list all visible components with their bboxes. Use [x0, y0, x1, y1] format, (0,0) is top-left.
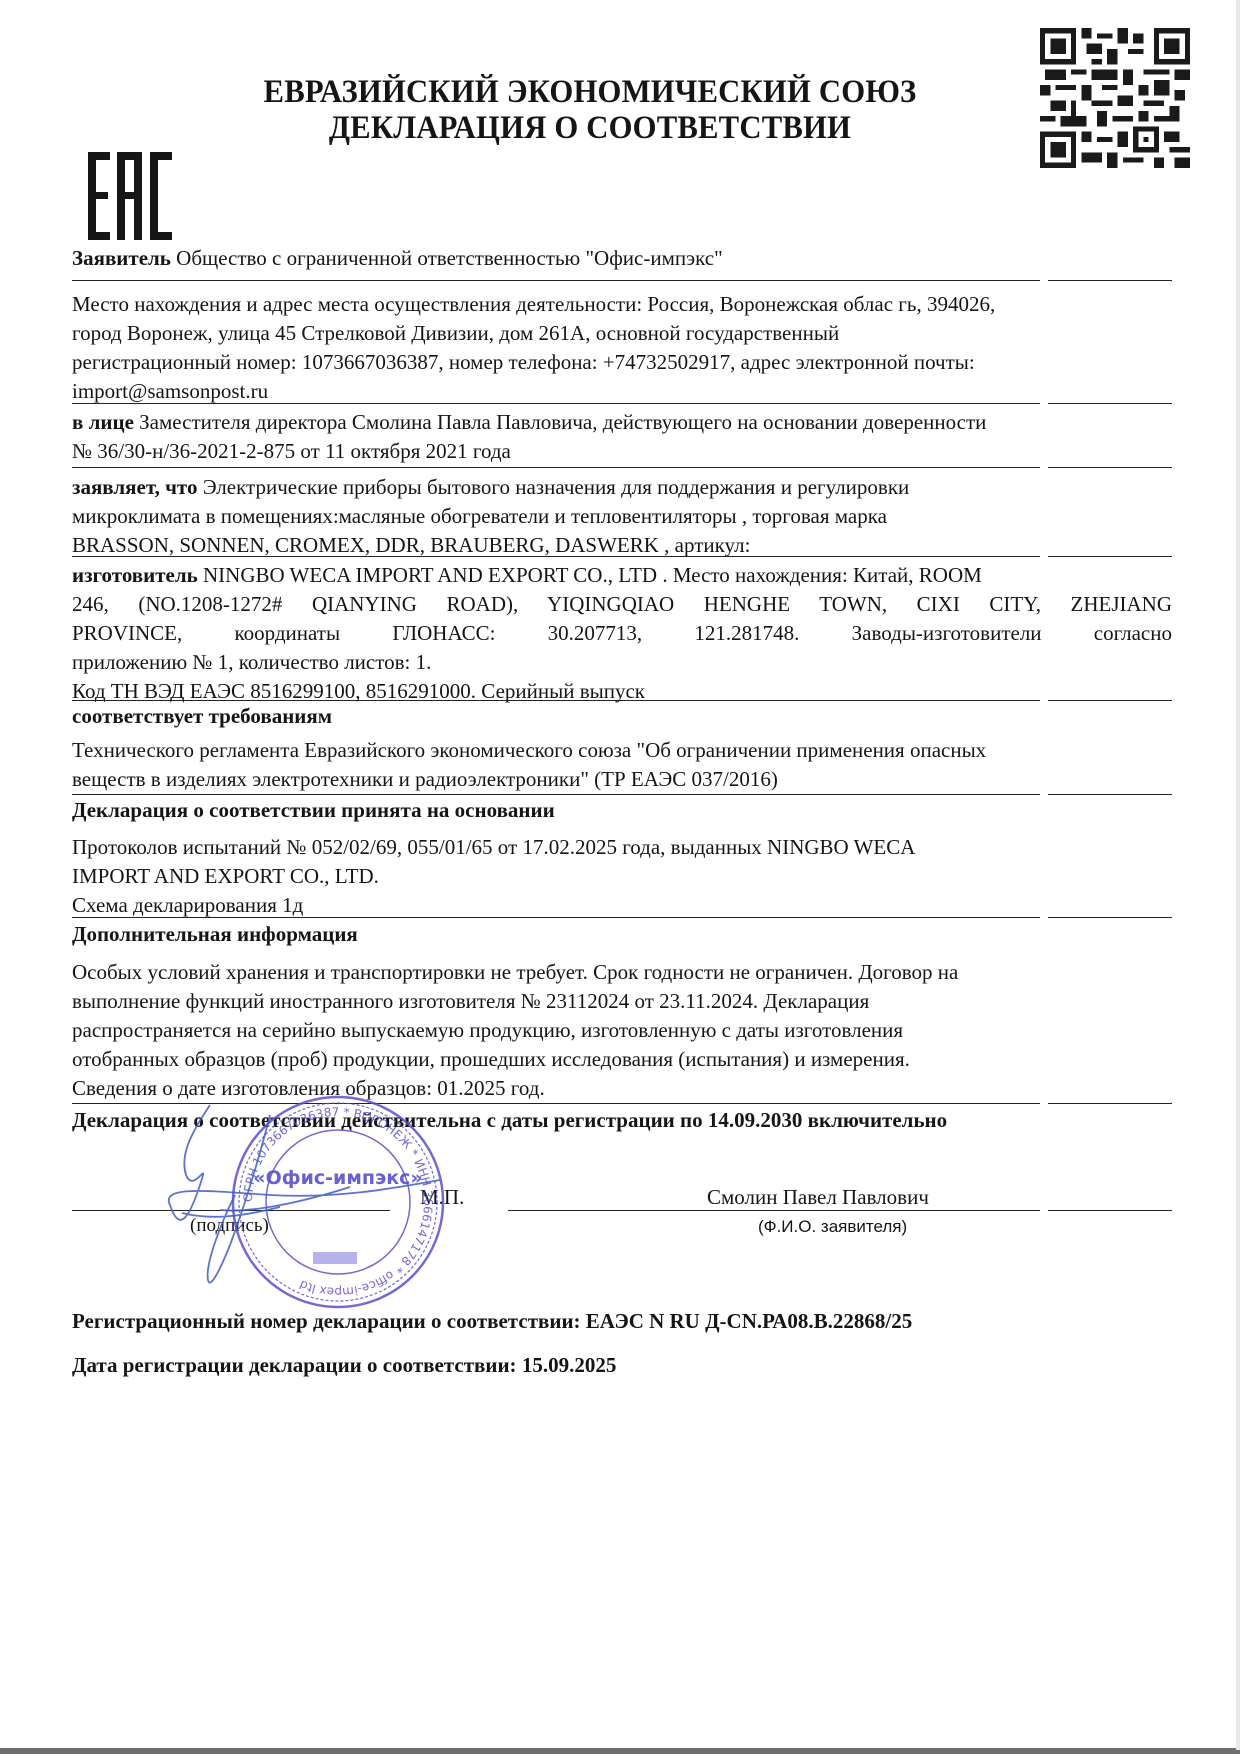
test-protocols: Протоколов испытаний № 052/02/69, 055/01… [72, 833, 1172, 862]
manufacturer-block: изготовитель NINGBO WECA IMPORT AND EXPO… [72, 561, 1172, 706]
regulation-text: веществ в изделиях электротехники и ради… [72, 765, 1172, 794]
divider [72, 403, 1040, 404]
divider [72, 280, 1040, 281]
regulation-text: Технического регламента Евразийского эко… [72, 736, 1172, 765]
representative-label: в лице [72, 410, 134, 434]
basis-heading: Декларация о соответствии принята на осн… [72, 796, 555, 824]
address-block: Место нахождения и адрес места осуществл… [72, 290, 1172, 406]
applicant-line: Заявитель Общество с ограниченной ответс… [72, 244, 1172, 273]
registration-date-line: Дата регистрации декларации о соответств… [72, 1351, 616, 1379]
handwritten-signature-icon [150, 1095, 510, 1295]
product-description: микроклимата в помещениях:масляные обогр… [72, 502, 1172, 531]
qr-code-icon [1040, 28, 1190, 168]
compliance-block: Технического регламента Евразийского эко… [72, 736, 1172, 794]
eac-logo-icon [88, 152, 172, 240]
manufacturer-address: 246, (NO.1208-1272# QIANYING ROAD), YIQI… [72, 590, 1172, 619]
declaration-page: ЕВРАЗИЙСКИЙ ЭКОНОМИЧЕСКИЙ СОЮЗ ДЕКЛАРАЦИ… [0, 0, 1240, 1754]
name-line [1048, 1210, 1172, 1211]
divider [72, 794, 1040, 795]
appendix-note: приложению № 1, количество листов: 1. [72, 648, 1172, 677]
divider [1048, 700, 1172, 701]
divider [1048, 917, 1172, 918]
manufacturer-label: изготовитель [72, 563, 198, 587]
union-title: ЕВРАЗИЙСКИЙ ЭКОНОМИЧЕСКИЙ СОЮЗ [227, 72, 952, 112]
divider [1048, 403, 1172, 404]
scan-edge [1236, 0, 1240, 1750]
address-line: Место нахождения и адрес места осуществл… [72, 290, 1172, 319]
applicant-name: Смолин Павел Павлович [707, 1183, 1007, 1212]
divider [1048, 280, 1172, 281]
additional-line: Особых условий хранения и транспортировк… [72, 958, 1172, 987]
additional-heading: Дополнительная информация [72, 920, 358, 948]
declaration-scheme: Схема декларирования 1д [72, 891, 1172, 920]
divider [1048, 1103, 1172, 1104]
divider [72, 467, 1040, 468]
registration-number-label: Регистрационный номер декларации о соотв… [72, 1309, 581, 1333]
test-protocols: IMPORT AND EXPORT CO., LTD. [72, 862, 1172, 891]
power-of-attorney: № 36/30-н/36-2021-2-875 от 11 октября 20… [72, 437, 1172, 466]
additional-line: выполнение функций иностранного изготови… [72, 987, 1172, 1016]
declares-label: заявляет, что [72, 475, 197, 499]
divider [72, 700, 1040, 701]
email-value: import@samsonpost.ru [72, 377, 1172, 406]
divider [1048, 556, 1172, 557]
manufacturer-name: NINGBO WECA IMPORT AND EXPORT CO., LTD .… [203, 563, 982, 587]
divider [1048, 467, 1172, 468]
compliance-heading: соответствует требованиям [72, 702, 332, 730]
declares-block: заявляет, что Электрические приборы быто… [72, 473, 1172, 560]
name-line [508, 1210, 1040, 1211]
address-line: регистрационный номер: 1073667036387, но… [72, 348, 1172, 377]
name-caption: (Ф.И.О. заявителя) [758, 1216, 907, 1238]
address-line: город Воронеж, улица 45 Стрелковой Дивиз… [72, 319, 1172, 348]
representative-block: в лице Заместителя директора Смолина Пав… [72, 408, 1172, 466]
additional-block: Особых условий хранения и транспортировк… [72, 958, 1172, 1103]
basis-block: Протоколов испытаний № 052/02/69, 055/01… [72, 833, 1172, 920]
additional-line: отобранных образцов (проб) продукции, пр… [72, 1045, 1172, 1074]
divider [1048, 794, 1172, 795]
document-title: ДЕКЛАРАЦИЯ О СООТВЕТСТВИИ [227, 108, 952, 148]
registration-date-label: Дата регистрации декларации о соответств… [72, 1353, 517, 1377]
registration-number-line: Регистрационный номер декларации о соотв… [72, 1307, 912, 1335]
additional-line: распространяется на серийно выпускаемую … [72, 1016, 1172, 1045]
registration-number: ЕАЭС N RU Д-CN.РА08.В.22868/25 [586, 1309, 912, 1333]
product-description: Электрические приборы бытового назначени… [203, 475, 910, 499]
manufacturer-coordinates: PROVINCE, координаты ГЛОНАСС: 30.207713,… [72, 619, 1172, 648]
divider [72, 917, 1040, 918]
applicant-value: Общество с ограниченной ответственностью… [176, 246, 723, 270]
scan-edge [0, 1748, 1240, 1754]
applicant-label: Заявитель [72, 246, 171, 270]
representative-text: Заместителя директора Смолина Павла Павл… [139, 410, 986, 434]
registration-date: 15.09.2025 [522, 1353, 617, 1377]
divider [72, 556, 1040, 557]
